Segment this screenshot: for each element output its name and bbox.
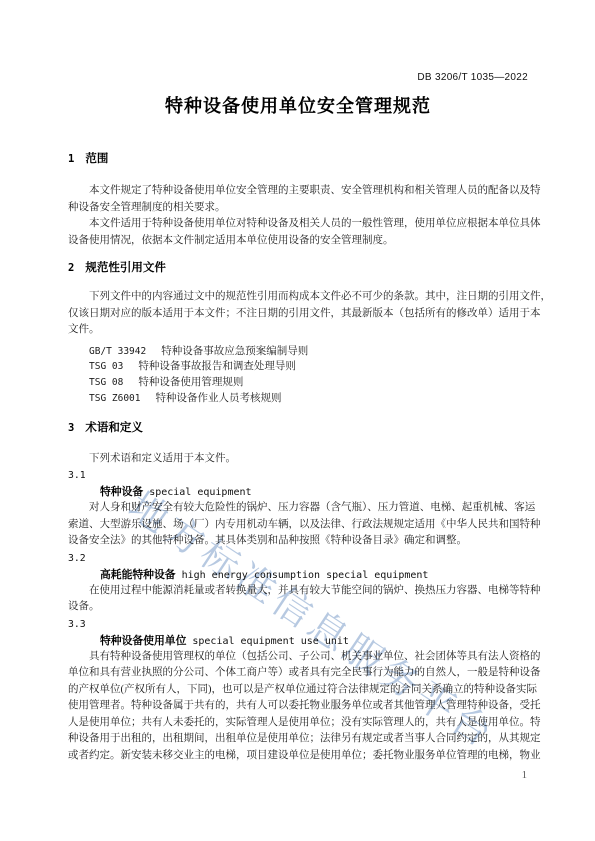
term-english: high energy consumption special equipmen… — [182, 570, 429, 581]
text-line: 设备安全法》的其他特种设备。其具体类别和品种按照《特种设备目录》确定和调整。 — [68, 533, 528, 550]
section-1-number: 1 — [68, 153, 74, 165]
reference-code: TSG Z6001 — [89, 393, 140, 404]
section-1-heading: 1范围 — [68, 152, 528, 166]
term-heading: 高耗能特种设备high energy consumption special e… — [68, 566, 528, 583]
reference-code: TSG 03 — [89, 361, 123, 372]
section-3-title: 术语和定义 — [85, 422, 143, 434]
term-chinese: 特种设备使用单位 — [100, 635, 186, 647]
term-number: 3.2 — [68, 551, 528, 566]
text-line: 仅该日期对应的版本适用于本文件；不注日期的引用文件，其最新版本（包括所有的修改单… — [68, 306, 528, 323]
text-line: 的产权单位(产权所有人，下同)，也可以是产权单位通过符合法律规定的合同关系确立的… — [68, 682, 528, 699]
term-chinese: 特种设备 — [100, 486, 143, 498]
text-line: 单位和具有营业执照的分公司、个体工商户等）或者具有完全民事行为能力的自然人，一般… — [68, 665, 528, 682]
term-english: special equipment use unit — [192, 636, 349, 647]
section-2-number: 2 — [68, 262, 74, 274]
text-line: 或者约定。新安装未移交业主的电梯，项目建设单位是使用单位；委托物业服务单位管理的… — [68, 748, 528, 765]
text-line: 下列文件中的内容通过文中的规范性引用而构成本文件必不可少的条款。其中，注日期的引… — [68, 289, 528, 306]
section-3-heading: 3术语和定义 — [68, 421, 528, 435]
text-line: 索道、大型游乐设施、场（厂）内专用机动车辆，以及法律、行政法规规定适用《中华人民… — [68, 517, 528, 534]
term-english: special equipment — [149, 487, 251, 498]
text-line: 对人身和财产安全有较大危险性的锅炉、压力容器（含气瓶）、压力管道、电梯、起重机械… — [68, 500, 528, 517]
reference-title: 特种设备事故报告和调查处理导则 — [138, 361, 296, 372]
section-3-number: 3 — [68, 422, 74, 434]
document-page: 地方标准信息服务平台 DB 3206/T 1035—2022 特种设备使用单位安… — [0, 0, 595, 841]
text-line: 本文件适用于特种设备使用单位对特种设备及相关人员的一般性管理，使用单位应根据本单… — [68, 216, 528, 233]
text-line: 本文件规定了特种设备使用单位安全管理的主要职责、安全管理机构和相关管理人员的配备… — [68, 183, 528, 200]
term-number: 3.1 — [68, 468, 528, 483]
reference-item: TSG 08特种设备使用管理规则 — [68, 375, 528, 391]
term-definition: 对人身和财产安全有较大危险性的锅炉、压力容器（含气瓶）、压力管道、电梯、起重机械… — [68, 500, 528, 550]
text-line: 种设备安全管理制度的相关要求。 — [68, 200, 528, 217]
section-1-title: 范围 — [85, 153, 108, 165]
scope-paragraph-2: 本文件适用于特种设备使用单位对特种设备及相关人员的一般性管理，使用单位应根据本单… — [68, 216, 528, 249]
reference-item: GB/T 33942特种设备事故应急预案编制导则 — [68, 344, 528, 360]
reference-code: GB/T 33942 — [89, 346, 146, 357]
term-number: 3.3 — [68, 617, 528, 632]
reference-title: 特种设备使用管理规则 — [138, 377, 243, 388]
reference-item: TSG Z6001特种设备作业人员考核规则 — [68, 391, 528, 407]
term-definition: 具有特种设备使用管理权的单位（包括公司、子公司、机关事业单位、社会团体等具有法人… — [68, 649, 528, 765]
text-line: 具有特种设备使用管理权的单位（包括公司、子公司、机关事业单位、社会团体等具有法人… — [68, 649, 528, 666]
text-line: 使用管理者。特种设备属于共有的，共有人可以委托物业服务单位或者其他管理人管理特种… — [68, 698, 528, 715]
term-heading: 特种设备special equipment — [68, 483, 528, 500]
reference-title: 特种设备作业人员考核规则 — [155, 393, 281, 404]
standard-number: DB 3206/T 1035—2022 — [68, 0, 528, 83]
text-line: 设备。 — [68, 599, 528, 616]
page-number: 1 — [522, 770, 527, 781]
term-definition: 在使用过程中能源消耗量或者转换量大，并具有较大节能空间的锅炉、换热压力容器、电梯… — [68, 583, 528, 616]
terms-intro: 下列术语和定义适用于本文件。 — [68, 451, 528, 468]
document-title: 特种设备使用单位安全管理规范 — [68, 92, 528, 118]
section-2-heading: 2规范性引用文件 — [68, 261, 528, 275]
scope-paragraph-1: 本文件规定了特种设备使用单位安全管理的主要职责、安全管理机构和相关管理人员的配备… — [68, 183, 528, 216]
text-line: 种设备用于出租的，出租期间，出租单位是使用单位；法律另有规定或者当事人合同约定的… — [68, 731, 528, 748]
text-line: 在使用过程中能源消耗量或者转换量大，并具有较大节能空间的锅炉、换热压力容器、电梯… — [68, 583, 528, 600]
reference-item: TSG 03特种设备事故报告和调查处理导则 — [68, 359, 528, 375]
reference-code: TSG 08 — [89, 377, 123, 388]
text-line: 下列术语和定义适用于本文件。 — [68, 451, 528, 468]
reference-title: 特种设备事故应急预案编制导则 — [161, 346, 308, 357]
term-chinese: 高耗能特种设备 — [100, 569, 176, 581]
text-line: 人是使用单位；共有人未委托的，实际管理人是使用单位；没有实际管理人的，共有人是使… — [68, 715, 528, 732]
text-line: 文件。 — [68, 322, 528, 339]
reference-list: GB/T 33942特种设备事故应急预案编制导则 TSG 03特种设备事故报告和… — [68, 344, 528, 407]
term-heading: 特种设备使用单位special equipment use unit — [68, 632, 528, 649]
text-line: 设备使用情况，依据本文件制定适用本单位使用设备的安全管理制度。 — [68, 233, 528, 250]
section-2-title: 规范性引用文件 — [85, 262, 166, 274]
references-intro: 下列文件中的内容通过文中的规范性引用而构成本文件必不可少的条款。其中，注日期的引… — [68, 289, 528, 339]
